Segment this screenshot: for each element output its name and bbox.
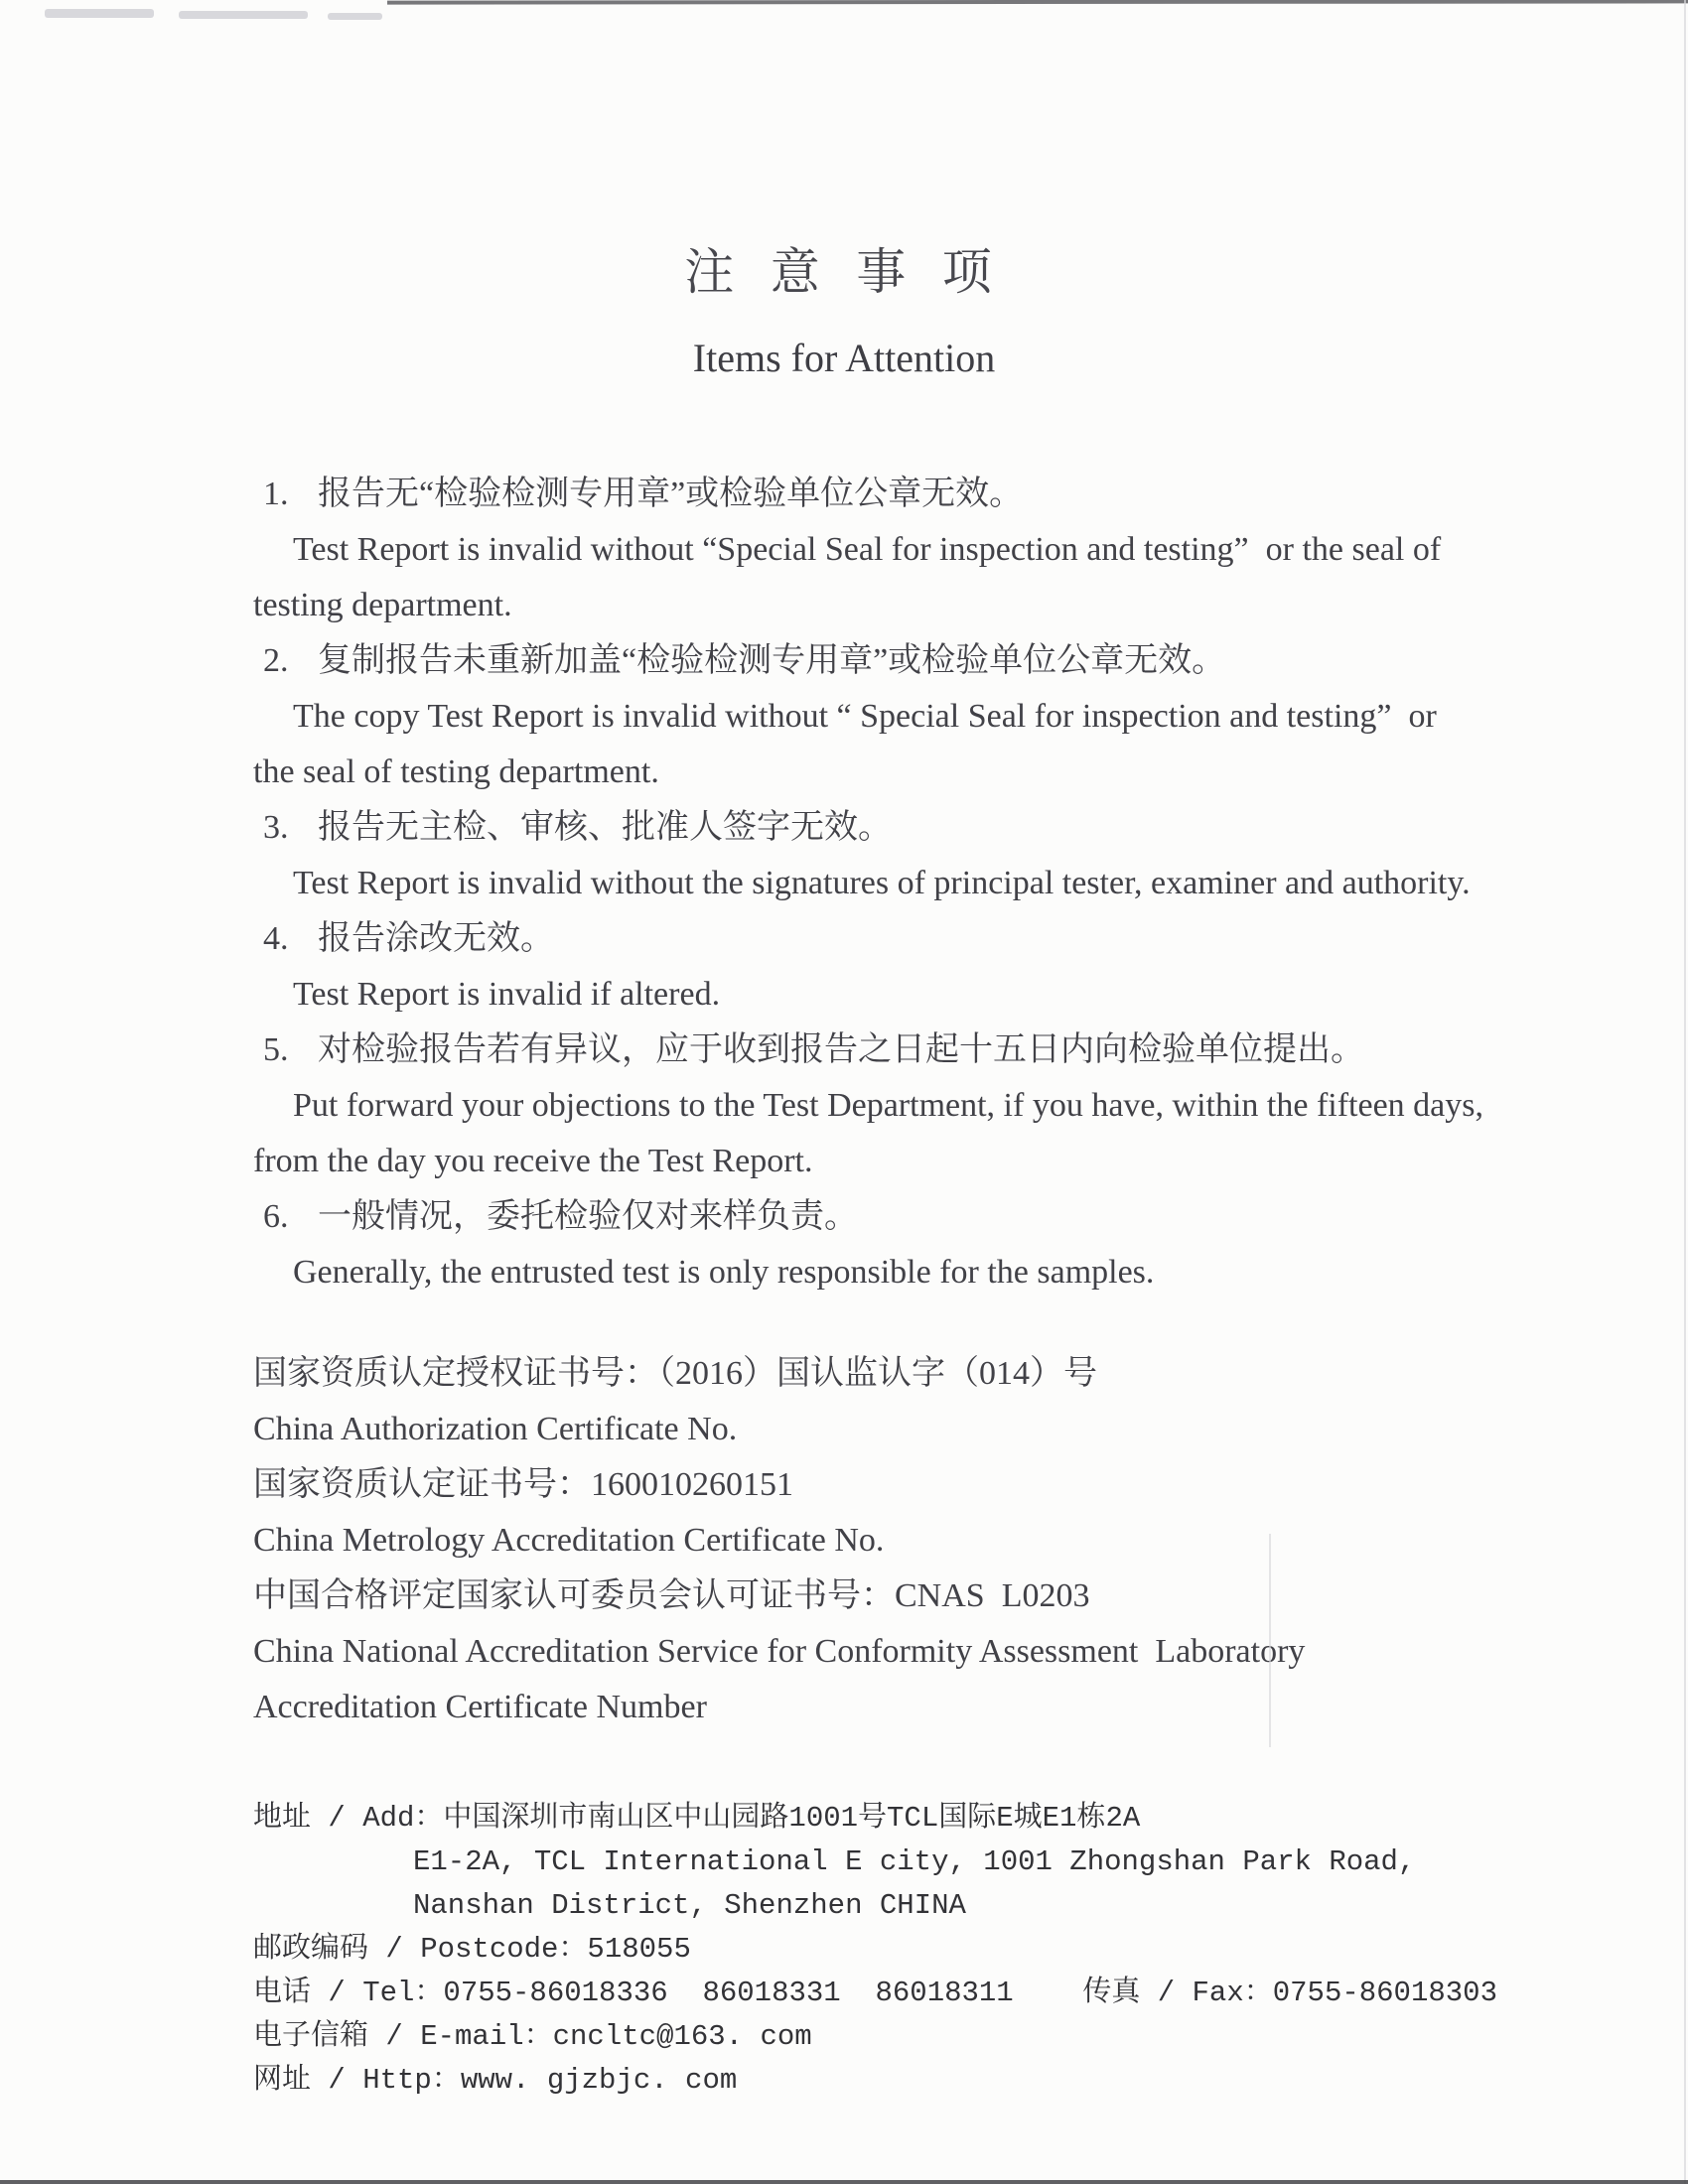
metrology-cert-cn: 国家资质认定证书号：160010260151 bbox=[253, 1457, 1688, 1513]
notice-item-5-en: Put forward your objections to the Test … bbox=[253, 1078, 1688, 1134]
notice-list: 1.报告无“检验检测专用章”或检验单位公章无效。 Test Report is … bbox=[253, 467, 1688, 1300]
scanned-document-page: 注 意 事 项 Items for Attention 1.报告无“检验检测专用… bbox=[0, 0, 1688, 2184]
item-text-cn: 对检验报告若有异议，应于收到报告之日起十五日内向检验单位提出。 bbox=[318, 1031, 1364, 1068]
item-number: 3. bbox=[253, 800, 318, 856]
address-line-en-wrap: Nanshan District, Shenzhen CHINA bbox=[253, 1884, 1688, 1928]
notice-item-4-cn: 4.报告涂改无效。 bbox=[253, 911, 1688, 967]
notice-item-1-cn: 1.报告无“检验检测专用章”或检验单位公章无效。 bbox=[253, 467, 1688, 522]
notice-item-5-cn: 5.对检验报告若有异议，应于收到报告之日起十五日内向检验单位提出。 bbox=[253, 1023, 1688, 1078]
notice-item-1-en: Test Report is invalid without “Special … bbox=[253, 522, 1688, 578]
email-line: 电子信箱 / E-mail：cncltc@163. com bbox=[253, 2015, 1688, 2059]
metrology-cert-en: China Metrology Accreditation Certificat… bbox=[253, 1513, 1688, 1569]
cnas-cert-en-wrap: Accreditation Certificate Number bbox=[253, 1680, 1688, 1735]
website-line: 网址 / Http：www. gjzbjc. com bbox=[253, 2059, 1688, 2103]
item-number: 4. bbox=[253, 911, 318, 967]
notice-item-2-en-wrap: the seal of testing department. bbox=[253, 745, 1688, 800]
notice-item-3-en: Test Report is invalid without the signa… bbox=[253, 856, 1688, 911]
item-number: 1. bbox=[253, 467, 318, 522]
notice-item-3-cn: 3.报告无主检、审核、批准人签字无效。 bbox=[253, 800, 1688, 856]
item-text-cn: 报告无主检、审核、批准人签字无效。 bbox=[318, 809, 892, 846]
item-number: 5. bbox=[253, 1023, 318, 1078]
item-text-cn: 报告涂改无效。 bbox=[318, 920, 554, 957]
tel-fax-line: 电话 / Tel：0755-86018336 86018331 86018311… bbox=[253, 1972, 1688, 2015]
contact-block: 地址 / Add：中国深圳市南山区中山园路1001号TCL国际E城E1栋2A E… bbox=[253, 1797, 1688, 2103]
item-text-cn: 一般情况，委托检验仅对来样负责。 bbox=[318, 1198, 858, 1235]
cnas-cert-cn: 中国合格评定国家认可委员会认可证书号：CNAS L0203 bbox=[253, 1569, 1688, 1624]
item-text-cn: 报告无“检验检测专用章”或检验单位公章无效。 bbox=[318, 476, 1023, 512]
notice-item-6-en: Generally, the entrusted test is only re… bbox=[253, 1245, 1688, 1300]
address-line-en: E1-2A, TCL International E city, 1001 Zh… bbox=[253, 1841, 1688, 1884]
notice-item-2-en: The copy Test Report is invalid without … bbox=[253, 689, 1688, 745]
scan-artifact-bottom-edge bbox=[0, 2180, 1688, 2184]
cnas-cert-en: China National Accreditation Service for… bbox=[253, 1624, 1688, 1680]
notice-item-6-cn: 6.一般情况，委托检验仅对来样负责。 bbox=[253, 1189, 1688, 1245]
item-number: 6. bbox=[253, 1189, 318, 1245]
authorization-cert-cn: 国家资质认定授权证书号：（2016）国认监认字（014）号 bbox=[253, 1346, 1688, 1402]
address-line-cn: 地址 / Add：中国深圳市南山区中山园路1001号TCL国际E城E1栋2A bbox=[253, 1797, 1688, 1841]
accreditation-block: 国家资质认定授权证书号：（2016）国认监认字（014）号 China Auth… bbox=[253, 1346, 1688, 1735]
notice-item-2-cn: 2.复制报告未重新加盖“检验检测专用章”或检验单位公章无效。 bbox=[253, 633, 1688, 689]
item-text-cn: 复制报告未重新加盖“检验检测专用章”或检验单位公章无效。 bbox=[318, 642, 1225, 679]
postcode-line: 邮政编码 / Postcode：518055 bbox=[253, 1928, 1688, 1972]
item-number: 2. bbox=[253, 633, 318, 689]
page-title-english: Items for Attention bbox=[0, 336, 1688, 381]
notice-item-4-en: Test Report is invalid if altered. bbox=[253, 967, 1688, 1023]
notice-item-5-en-wrap: from the day you receive the Test Report… bbox=[253, 1134, 1688, 1189]
authorization-cert-en: China Authorization Certificate No. bbox=[253, 1402, 1688, 1457]
page-title-chinese: 注 意 事 项 bbox=[0, 0, 1688, 300]
notice-item-1-en-wrap: testing department. bbox=[253, 578, 1688, 633]
